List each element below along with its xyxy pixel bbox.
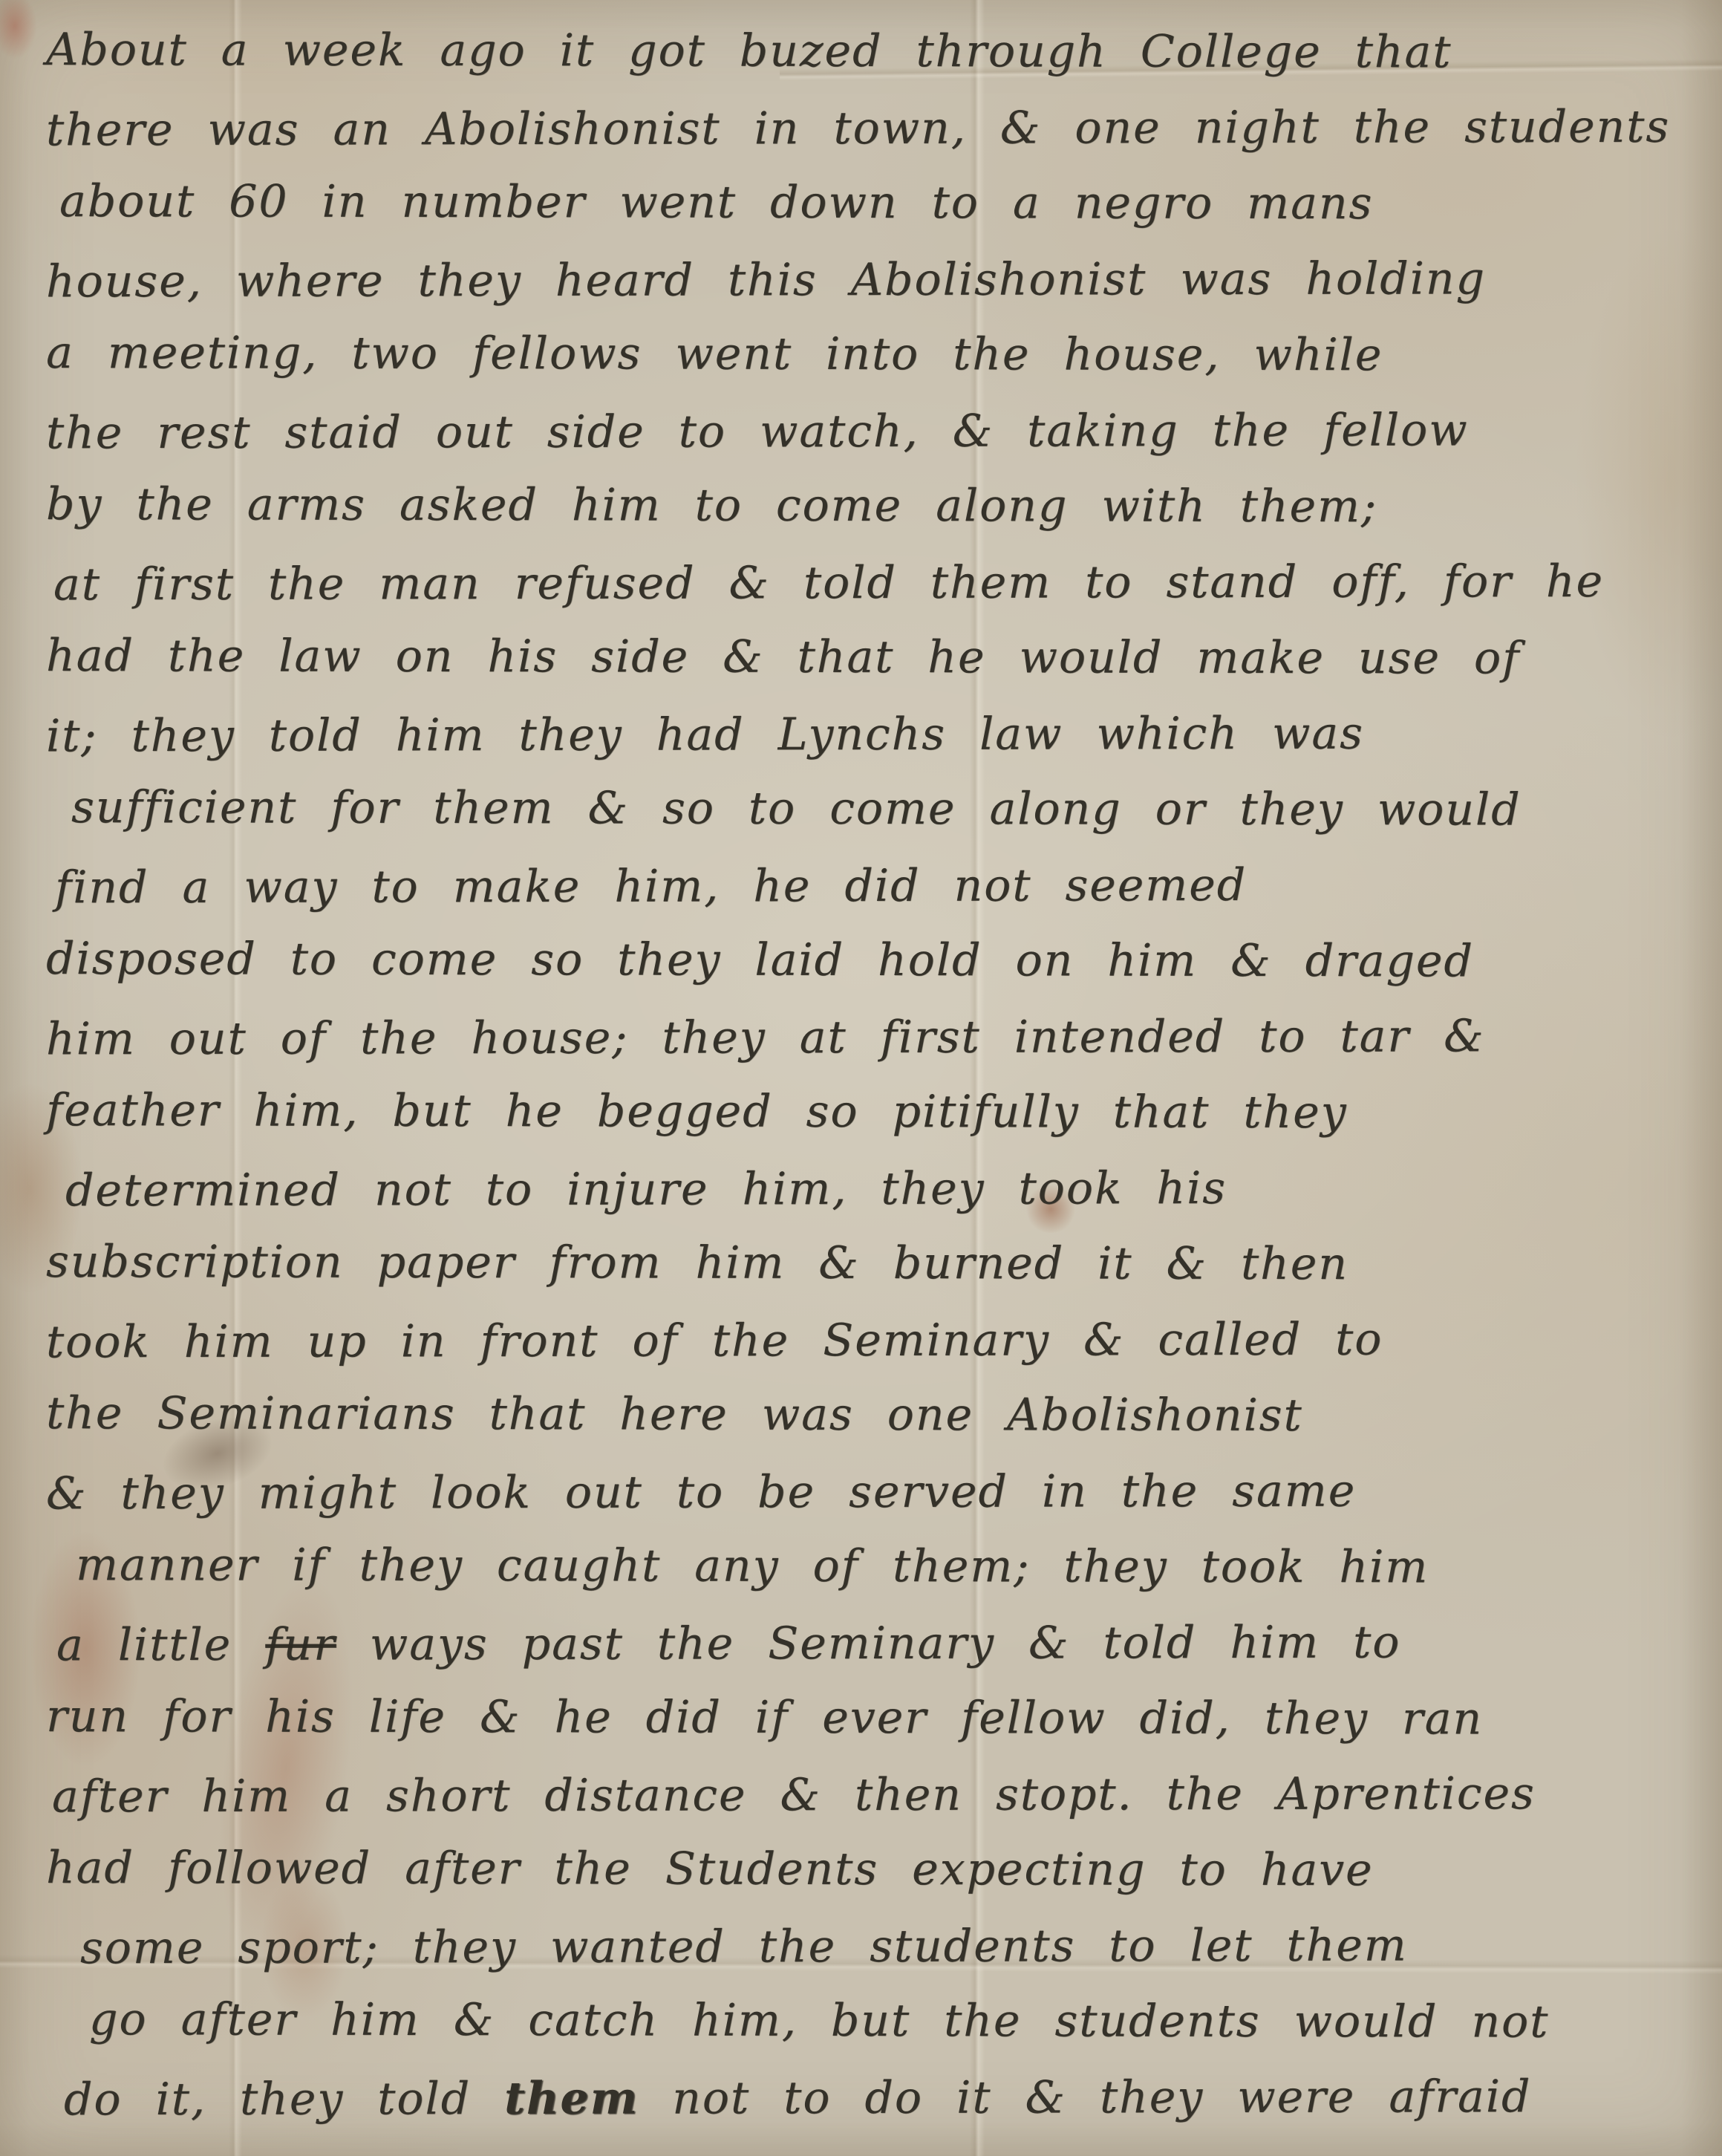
manuscript-line: & they might look out to be served in th… bbox=[46, 1465, 1706, 1544]
manuscript-line: had the law on his side & that he would … bbox=[46, 630, 1706, 709]
manuscript-line: him out of the house; they at first inte… bbox=[46, 1010, 1706, 1090]
handwriting-text: it; they told him they had Lynchs law wh… bbox=[46, 708, 1364, 763]
manuscript-line: had followed after the Students expectin… bbox=[46, 1842, 1706, 1921]
handwriting-text: had the law on his side & that he would … bbox=[46, 630, 1520, 684]
manuscript-line: the rest staid out side to watch, & taki… bbox=[46, 404, 1706, 483]
manuscript-line: took him up in front of the Seminary & c… bbox=[46, 1313, 1706, 1393]
handwriting-text: after him a short distance & then stopt.… bbox=[52, 1768, 1536, 1823]
handwriting-text: manner if they caught any of them; they … bbox=[76, 1539, 1429, 1593]
manuscript-line: about 60 in number went down to a negro … bbox=[46, 175, 1706, 254]
manuscript-line: sufficient for them & so to come along o… bbox=[46, 781, 1706, 860]
foxing-spot bbox=[0, 0, 37, 59]
handwriting-text: a little bbox=[56, 1619, 265, 1672]
handwriting-text: at first the man refused & told them to … bbox=[53, 556, 1604, 610]
handwriting-text: do it, they told bbox=[64, 2073, 504, 2126]
handwriting-text: the rest staid out side to watch, & taki… bbox=[46, 404, 1469, 459]
handwriting-text: the Seminarians that here was one Abolis… bbox=[46, 1387, 1303, 1442]
handwriting-text: not to do it & they were afraid bbox=[639, 2071, 1531, 2125]
handwriting-text: & they might look out to be served in th… bbox=[46, 1465, 1356, 1520]
manuscript-line: after him a short distance & then stopt.… bbox=[46, 1768, 1706, 1847]
handwriting-text: had followed after the Students expectin… bbox=[46, 1842, 1374, 1896]
manuscript-line: go after him & catch him, but the studen… bbox=[46, 1993, 1706, 2072]
manuscript-line: subscription paper from him & burned it … bbox=[46, 1236, 1706, 1315]
manuscript-line: a little fur ways past the Seminary & to… bbox=[46, 1616, 1706, 1696]
handwriting-text: some sport; they wanted the students to … bbox=[80, 1920, 1408, 1975]
manuscript-lines: About a week ago it got buzed through Co… bbox=[46, 25, 1706, 2146]
manuscript-line: About a week ago it got buzed through Co… bbox=[46, 24, 1706, 102]
handwriting-text: go after him & catch him, but the studen… bbox=[89, 1993, 1549, 2048]
manuscript-line: some sport; they wanted the students to … bbox=[46, 1919, 1706, 1999]
handwriting-text: ways past the Seminary & told him to bbox=[336, 1617, 1401, 1671]
manuscript-line: run for his life & he did if ever fellow… bbox=[46, 1690, 1706, 1769]
handwriting-text: subscription paper from him & burned it … bbox=[46, 1236, 1348, 1290]
handwriting-text: disposed to come so they laid hold on hi… bbox=[46, 933, 1474, 987]
manuscript-line: there was an Abolishonist in town, & one… bbox=[46, 101, 1706, 180]
handwriting-text: find a way to make him, he did not seeme… bbox=[55, 859, 1247, 913]
manuscript-line: disposed to come so they laid hold on hi… bbox=[46, 933, 1706, 1012]
manuscript-line: determined not to injure him, they took … bbox=[46, 1162, 1706, 1241]
manuscript-line: it; they told him they had Lynchs law wh… bbox=[46, 707, 1706, 786]
handwriting-text: took him up in front of the Seminary & c… bbox=[46, 1314, 1383, 1369]
handwriting-text: sufficient for them & so to come along o… bbox=[71, 781, 1522, 836]
struck-word: fur bbox=[265, 1619, 336, 1671]
manuscript-line: house, where they heard this Abolishonis… bbox=[46, 253, 1706, 332]
handwriting-text: by the arms asked him to come along with… bbox=[46, 478, 1377, 533]
handwriting-text: a meeting, two fellows went into the hou… bbox=[46, 327, 1383, 381]
manuscript-line: by the arms asked him to come along with… bbox=[46, 478, 1706, 557]
manuscript-line: at first the man refused & told them to … bbox=[46, 556, 1706, 635]
handwriting-text: About a week ago it got buzed through Co… bbox=[46, 24, 1452, 78]
manuscript-line: a meeting, two fellows went into the hou… bbox=[46, 327, 1706, 406]
manuscript-line: find a way to make him, he did not seeme… bbox=[46, 859, 1706, 938]
handwriting-text: feather him, but he begged so pitifully … bbox=[46, 1084, 1348, 1139]
handwriting-text: determined not to injure him, they took … bbox=[65, 1162, 1227, 1217]
manuscript-line: the Seminarians that here was one Abolis… bbox=[46, 1387, 1706, 1466]
handwriting-text: house, where they heard this Abolishonis… bbox=[46, 253, 1486, 307]
letter-page: About a week ago it got buzed through Co… bbox=[0, 0, 1722, 2156]
manuscript-line: manner if they caught any of them; they … bbox=[46, 1539, 1706, 1618]
overwritten-word: them bbox=[504, 2073, 639, 2125]
handwriting-text: about 60 in number went down to a negro … bbox=[59, 175, 1373, 229]
handwriting-text: there was an Abolishonist in town, & one… bbox=[46, 101, 1670, 157]
manuscript-line: do it, they told them not to do it & the… bbox=[46, 2071, 1706, 2150]
handwriting-text: him out of the house; they at first inte… bbox=[46, 1010, 1485, 1065]
handwriting-text: run for his life & he did if ever fellow… bbox=[46, 1690, 1483, 1745]
manuscript-line: feather him, but he begged so pitifully … bbox=[46, 1084, 1706, 1163]
